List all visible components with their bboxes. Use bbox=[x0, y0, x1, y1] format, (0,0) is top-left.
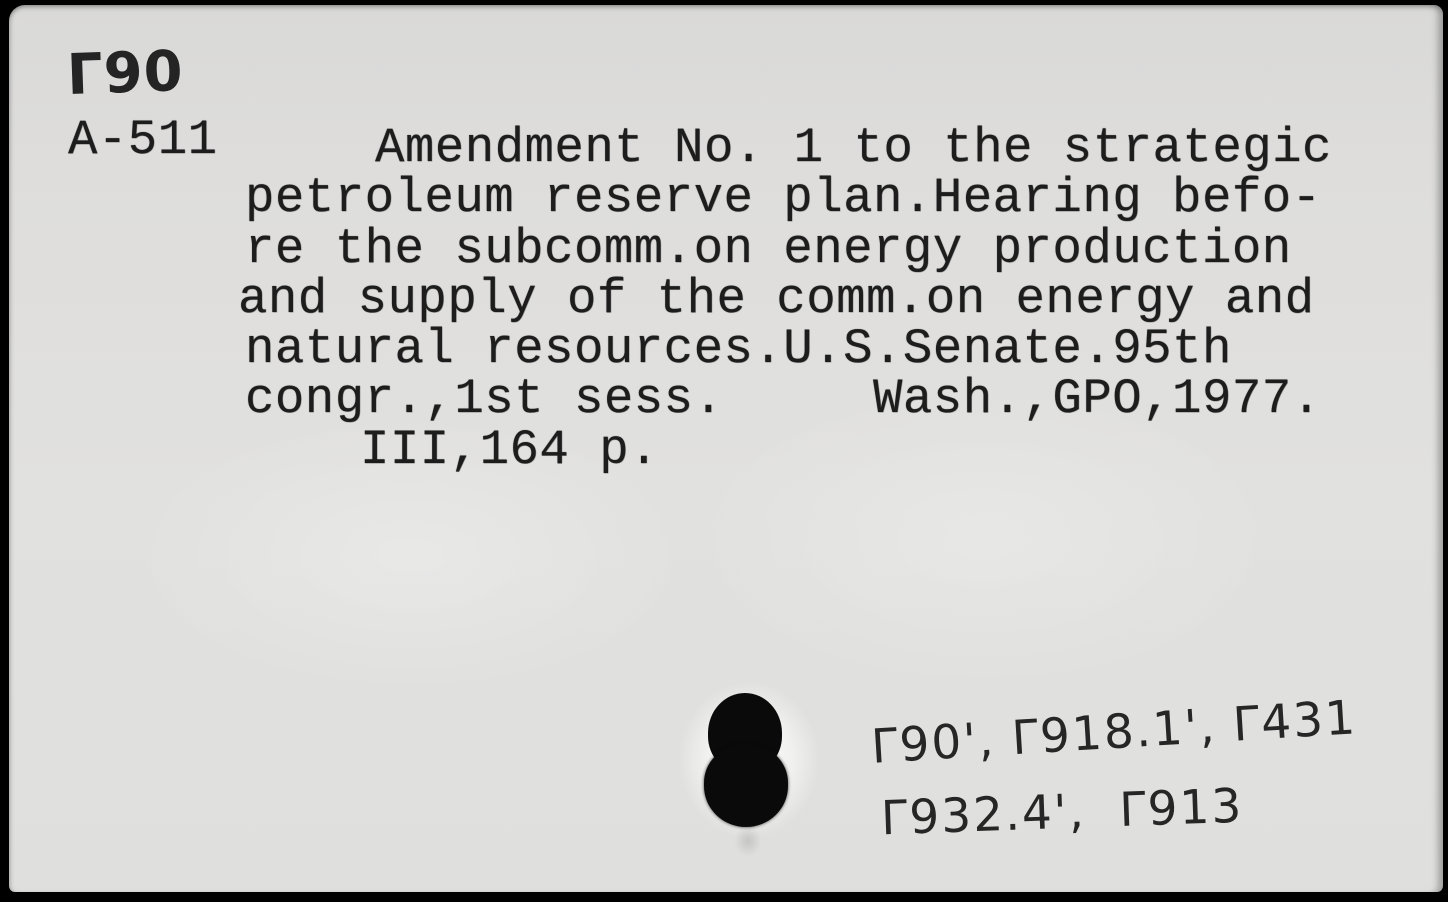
entry-line-4: and supply of the comm.on energy and bbox=[238, 274, 1315, 324]
entry-line-5: natural resources.U.S.Senate.95th bbox=[245, 324, 1232, 374]
entry-line-1: Amendment No. 1 to the strategic bbox=[375, 123, 1332, 173]
classification-mark-top: Γ90 bbox=[66, 39, 185, 108]
ink-stamp-smudge bbox=[731, 821, 765, 861]
entry-line-3: re the subcomm.on energy production bbox=[245, 224, 1292, 274]
entry-line-pagination: III,164 p. bbox=[360, 425, 659, 475]
call-number: A-511 bbox=[68, 115, 218, 165]
handwritten-classification-line-2: Γ932.4', Γ913 bbox=[880, 779, 1244, 847]
ink-blot-stamp bbox=[639, 625, 859, 885]
library-catalog-card: Γ90 A-511 Amendment No. 1 to the strateg… bbox=[9, 5, 1443, 892]
handwritten-classification-line-1: Γ90', Γ918.1', Γ431 bbox=[870, 690, 1359, 775]
scanned-page-background: Γ90 A-511 Amendment No. 1 to the strateg… bbox=[0, 0, 1448, 902]
entry-line-2: petroleum reserve plan.Hearing befo- bbox=[245, 173, 1322, 223]
ink-stamp-body bbox=[704, 745, 788, 827]
entry-line-6: congr.,1st sess. Wash.,GPO,1977. bbox=[245, 374, 1322, 424]
